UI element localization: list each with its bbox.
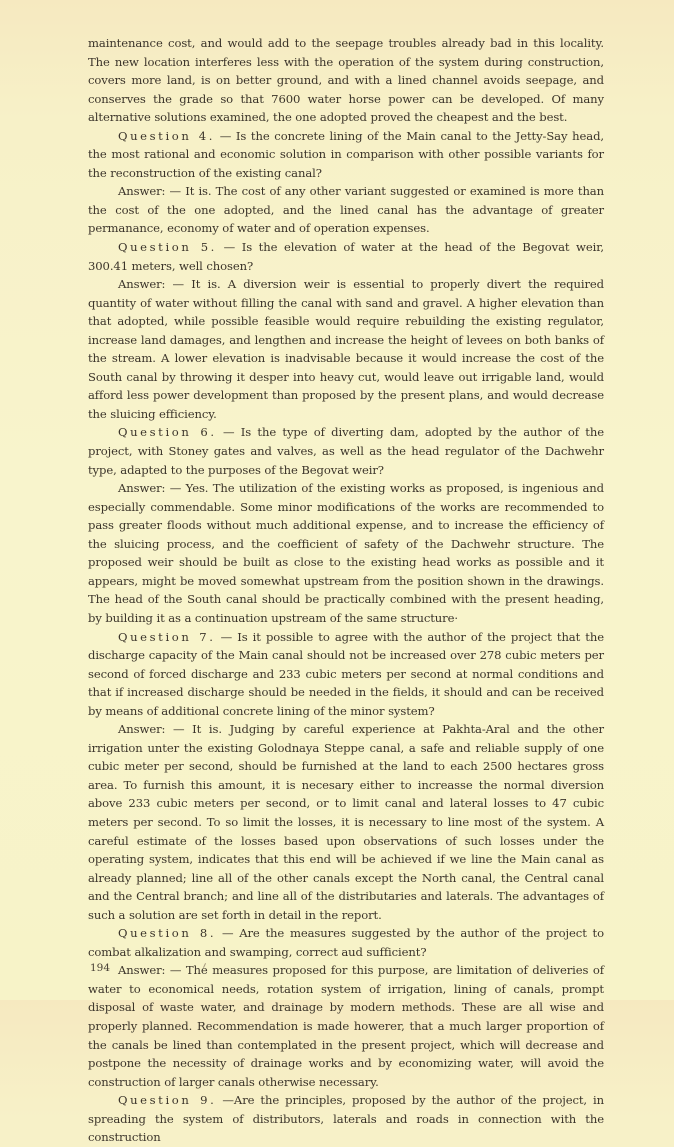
question-label: Question 6. bbox=[118, 425, 217, 439]
question-7: Question 7. — Is it possible to agree wi… bbox=[88, 628, 604, 721]
answer-6: Answer: — Yes. The utilization of the ex… bbox=[88, 479, 604, 627]
answer-text: Answer: — Yes. The utilization of the ex… bbox=[88, 481, 604, 625]
paragraph-continuation: maintenance cost, and would add to the s… bbox=[88, 34, 604, 127]
paragraph-text: maintenance cost, and would add to the s… bbox=[88, 36, 604, 124]
answer-5: Answer: — It is. A diversion weir is ess… bbox=[88, 275, 604, 423]
question-label: Question 8. bbox=[118, 926, 216, 940]
answer-text: Answer: — It is. Judging by careful expe… bbox=[88, 722, 604, 921]
document-page: maintenance cost, and would add to the s… bbox=[88, 34, 604, 1000]
answer-4: Answer: — It is. The cost of any other v… bbox=[88, 182, 604, 238]
question-5: Question 5. — Is the elevation of water … bbox=[88, 238, 604, 275]
answer-text: Answer: — It is. A diversion weir is ess… bbox=[88, 277, 604, 421]
question-4: Question 4. — Is the concrete lining of … bbox=[88, 127, 604, 183]
question-label: Question 5. bbox=[118, 240, 217, 254]
question-8: Question 8. — Are the measures suggested… bbox=[88, 924, 604, 961]
question-6: Question 6. — Is the type of diverting d… bbox=[88, 423, 604, 479]
answer-8: Answer: — The measures proposed for this… bbox=[88, 961, 604, 1000]
answer-text: Answer: — The measures proposed for this… bbox=[88, 963, 604, 1000]
question-label: Question 4. bbox=[118, 129, 215, 143]
page-number: 194 bbox=[90, 962, 110, 974]
answer-7: Answer: — It is. Judging by careful expe… bbox=[88, 720, 604, 924]
answer-text: Answer: — It is. The cost of any other v… bbox=[88, 184, 604, 235]
question-label: Question 7. bbox=[118, 630, 215, 644]
